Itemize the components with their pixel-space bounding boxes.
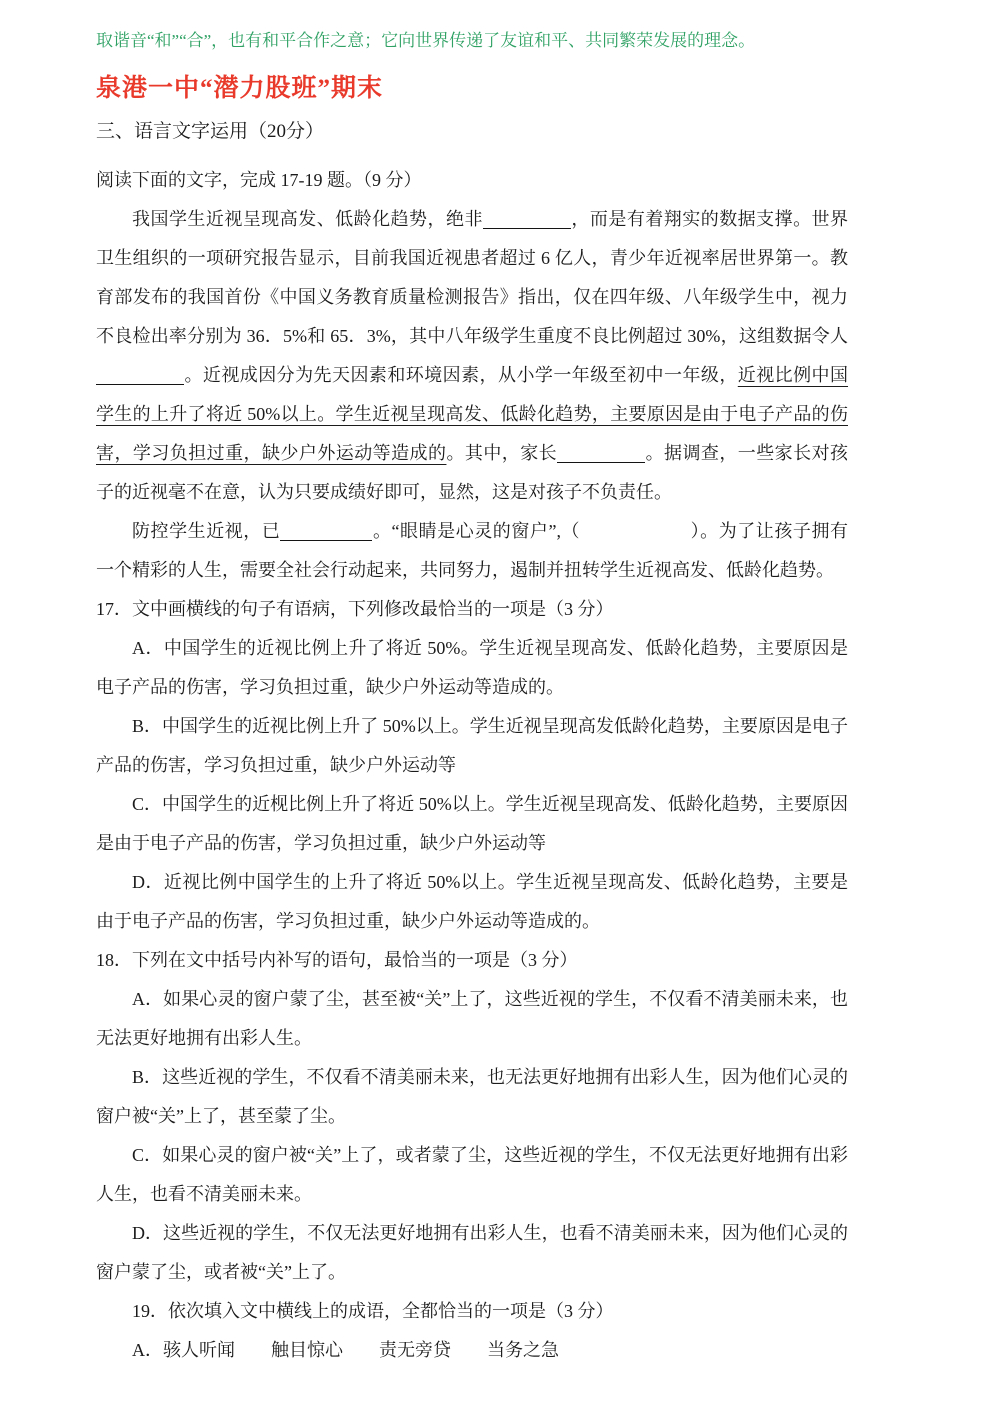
- question-19-option-a: A．骇人听闻 触目惊心 责无旁贷 当务之急: [96, 1331, 848, 1370]
- question-17-option-d: D．近视比例中国学生的上升了将近 50%以上。学生近视呈现高发、低龄化趋势，主要…: [96, 863, 848, 941]
- question-18-option-d: D．这些近视的学生，不仅无法更好地拥有出彩人生，也看不清美丽未来，因为他们心灵的…: [96, 1214, 848, 1292]
- passage-intro: 阅读下面的文字，完成 17-19 题。（9 分）: [96, 161, 848, 200]
- question-18-stem: 18．下列在文中括号内补写的语句，最恰当的一项是（3 分）: [96, 941, 848, 980]
- fill-in-blank-1: [483, 222, 571, 229]
- p1-text-2: ，而是有着翔实的数据支撑。世界卫生组织的一项研究报告显示，目前我国近视患者超过 …: [96, 209, 848, 346]
- fill-in-blank-4: [280, 534, 372, 541]
- question-17-option-c: C．中国学生的近枧比例上升了将近 50%以上。学生近视呈现高发、低龄化趋势，主要…: [96, 785, 848, 863]
- question-19-stem: 19．依次填入文中横线上的成语，全都恰当的一项是（3 分）: [96, 1292, 848, 1331]
- question-18-option-a: A．如果心灵的窗户蒙了尘，甚至被“关”上了，这些近视的学生，不仅看不清美丽未来，…: [96, 980, 848, 1058]
- page-title: 泉港一中“潜力股班”期末: [96, 72, 848, 106]
- fill-in-blank-3: [557, 456, 645, 463]
- p1-text-1: 我国学生近视呈现高发、低龄化趋势，绝非: [132, 209, 483, 229]
- question-17-stem: 17．文中画横线的句子有语病，下列修改最恰当的一项是（3 分）: [96, 590, 848, 629]
- question-17-option-b: B．中国学生的近视比例上升了 50%以上。学生近视呈现高发低龄化趋势，主要原因是…: [96, 707, 848, 785]
- question-18-option-b: B．这些近视的学生，不仅看不清美丽未来，也无法更好地拥有出彩人生，因为他们心灵的…: [96, 1058, 848, 1136]
- section-heading: 三、语言文字运用（20分）: [96, 118, 848, 146]
- exam-page: 取谐音“和”“合”，也有和平合作之意；它向世界传递了友谊和平、共同繁荣发展的理念…: [0, 0, 992, 1403]
- passage-paragraph-1: 我国学生近视呈现高发、低龄化趋势，绝非，而是有着翔实的数据支撑。世界卫生组织的一…: [96, 200, 848, 512]
- question-18-option-c: C．如果心灵的窗户被“关”上了，或者蒙了尘，这些近视的学生，不仅无法更好地拥有出…: [96, 1136, 848, 1214]
- p1-text-4: 。其中，家长: [446, 443, 557, 463]
- top-green-note: 取谐音“和”“合”，也有和平合作之意；它向世界传递了友谊和平、共同繁荣发展的理念…: [96, 28, 848, 54]
- bracket-blank: [580, 536, 690, 537]
- p1-text-3: 。近视成因分为先天因素和环境因素，从小学一年级至初中一年级，: [184, 365, 738, 385]
- passage-paragraph-2: 防控学生近视，已。“眼睛是心灵的窗户”,（）。为了让孩子拥有一个精彩的人生，需要…: [96, 512, 848, 590]
- p2-text-2: 。“眼睛是心灵的窗户”,（: [372, 521, 580, 541]
- fill-in-blank-2: [96, 378, 184, 385]
- p2-text-1: 防控学生近视，已: [132, 521, 280, 541]
- question-17-option-a: A．中国学生的近视比例上升了将近 50%。学生近视呈现高发、低龄化趋势，主要原因…: [96, 629, 848, 707]
